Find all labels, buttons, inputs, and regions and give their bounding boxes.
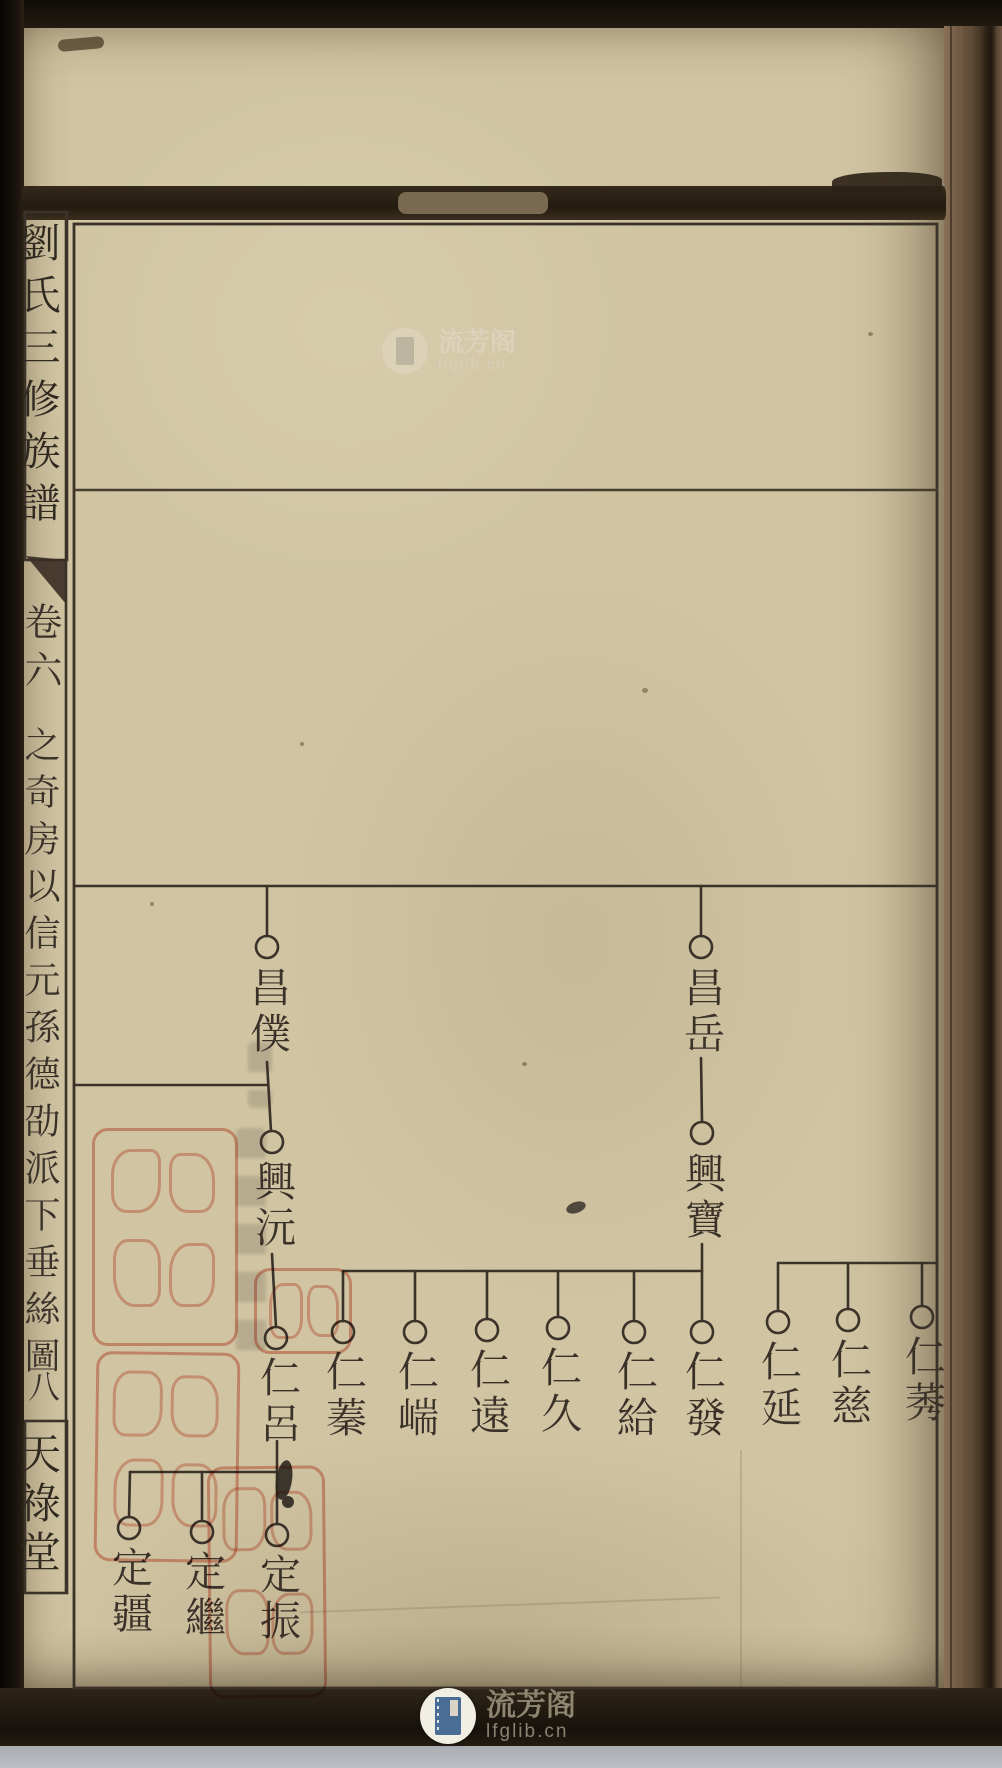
- tree-node-label: 昌僕: [243, 966, 291, 1058]
- tree-node-label: 仁給: [610, 1350, 658, 1442]
- tree-node-label: 興沅: [248, 1160, 296, 1252]
- tree-node-label: 仁慈: [824, 1338, 872, 1430]
- tree-node-label: 興寶: [678, 1152, 726, 1244]
- tree-node-label: 仁蓁: [319, 1350, 367, 1442]
- tree-node-label: 仁㟨: [391, 1350, 439, 1442]
- tree-node-label: 定繼: [178, 1550, 226, 1642]
- volume-label: 卷六: [27, 602, 67, 698]
- spine-title: 劉氏三修族譜: [26, 222, 66, 534]
- tree-node-label: 仁呂: [253, 1356, 301, 1448]
- scanned-genealogy-page: 劉氏三修族譜 卷六 之奇房以信元孫德劭派下垂絲圖 八 天祿堂 昌岳 昌僕 興寶 …: [0, 0, 1002, 1768]
- tree-node-label: 仁莠: [898, 1335, 946, 1427]
- tree-node-label: 仁遠: [463, 1348, 511, 1440]
- hall-name: 天祿堂: [26, 1432, 66, 1579]
- leaf-number: 八: [29, 1370, 65, 1402]
- tree-node-label: 昌岳: [677, 966, 725, 1058]
- tree-node-label: 仁久: [534, 1346, 582, 1438]
- tree-node-label: 定疆: [105, 1546, 153, 1638]
- tree-node-label: 仁延: [754, 1340, 802, 1432]
- tree-connectors: [0, 0, 1002, 1768]
- tree-node-label: 定振: [253, 1553, 301, 1645]
- tree-node-label: 仁發: [678, 1350, 726, 1442]
- chart-title: 之奇房以信元孫德劭派下垂絲圖: [28, 726, 66, 1384]
